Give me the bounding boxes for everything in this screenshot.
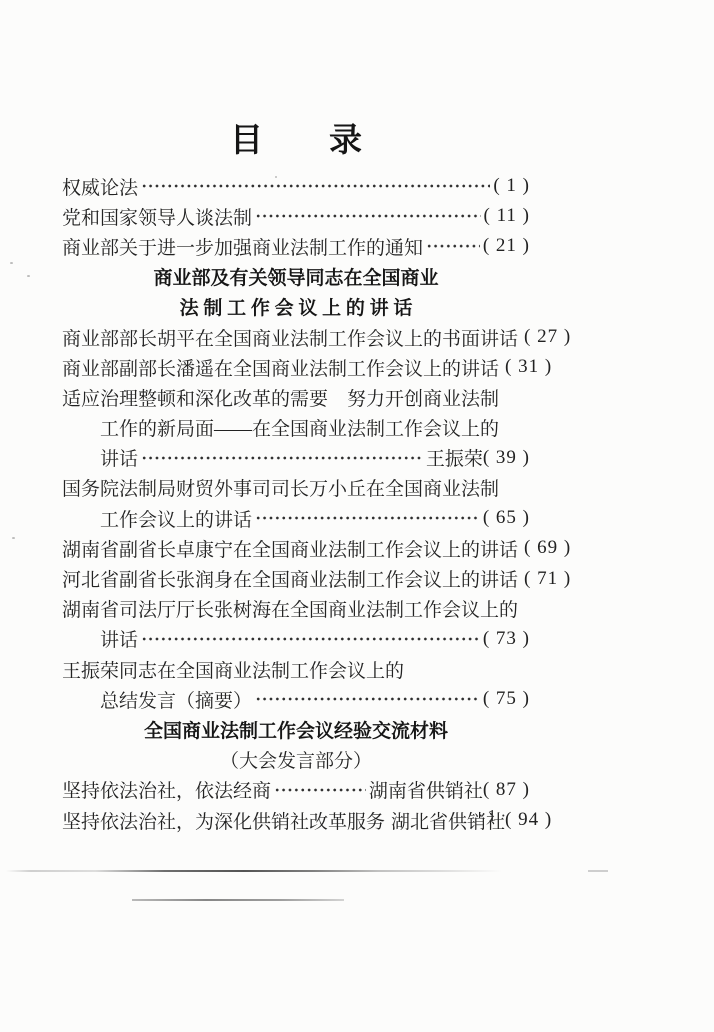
toc-section-heading: 全国商业法制工作会议经验交流材料 xyxy=(62,714,530,744)
toc-entry-title: 权威论法 xyxy=(62,173,138,200)
toc-entry-title: 商业部副部长潘遥在全国商业法制工作会议上的讲话 xyxy=(62,354,499,381)
toc-entry-page: ( 1 ) xyxy=(493,175,530,197)
toc-entry: 讲话 王振荣 ( 39 ) xyxy=(62,443,530,473)
scan-speck xyxy=(275,176,277,178)
toc-entry-author: 王振荣 xyxy=(426,444,483,471)
toc-entry-author: 湖南省供销社 xyxy=(369,776,483,803)
scan-artifact-line xyxy=(132,899,344,901)
scan-speck xyxy=(12,537,15,539)
toc-entry-title: 总结发言（摘要） xyxy=(62,686,252,713)
toc-entry-page: ( 75 ) xyxy=(483,688,530,710)
toc-entry-title: 王振荣同志在全国商业法制工作会议上的 xyxy=(62,656,404,683)
toc-entry-title: 湖南省司法厅厅长张树海在全国商业法制工作会议上的 xyxy=(62,595,518,622)
toc-entry-title: 讲话 xyxy=(62,625,138,652)
toc-entry-page: ( 73 ) xyxy=(483,628,530,650)
toc-entry-page: ( 27 ) xyxy=(524,326,571,348)
dot-leader xyxy=(274,775,366,805)
toc-entry-title: 商业部部长胡平在全国商业法制工作会议上的书面讲话 xyxy=(62,324,518,351)
table-of-contents: 权威论法 ( 1 ) 党和国家领导人谈法制 ( 11 ) 商业部关于进一步加强商… xyxy=(62,171,530,835)
toc-entry: 工作会议上的讲话 ( 65 ) xyxy=(62,503,530,533)
scan-speck xyxy=(27,275,30,277)
toc-entry-title: 适应治理整顿和深化改革的需要 努力开创商业法制 xyxy=(62,384,499,411)
scan-speck xyxy=(10,262,13,264)
toc-entry: 商业部部长胡平在全国商业法制工作会议上的书面讲话 ( 27 ) xyxy=(62,322,530,352)
toc-entry-page: ( 69 ) xyxy=(524,537,571,559)
toc-entry: 湖南省副省长卓康宁在全国商业法制工作会议上的讲话 ( 69 ) xyxy=(62,533,530,563)
dot-leader xyxy=(255,684,480,714)
toc-entry-title: 商业部关于进一步加强商业法制工作的通知 xyxy=(62,233,423,260)
toc-entry-title: 坚持依法治社，依法经商 xyxy=(62,776,271,803)
toc-entry-page: ( 21 ) xyxy=(483,235,530,257)
toc-entry: 河北省副省长张润身在全国商业法制工作会议上的讲话 ( 71 ) xyxy=(62,563,530,593)
toc-entry-title: 党和国家领导人谈法制 xyxy=(62,203,252,230)
toc-entry: 党和国家领导人谈法制 ( 11 ) xyxy=(62,201,530,231)
toc-entry-page: ( 31 ) xyxy=(505,356,552,378)
toc-entry-page: ( 87 ) xyxy=(483,779,530,801)
toc-section-subheading-text: （大会发言部分） xyxy=(220,746,372,773)
toc-entry-title: 湖南省副省长卓康宁在全国商业法制工作会议上的讲话 xyxy=(62,535,518,562)
toc-entry-title: 河北省副省长张润身在全国商业法制工作会议上的讲话 xyxy=(62,565,518,592)
toc-section-heading: 法 制 工 作 会 议 上 的 讲 话 xyxy=(62,292,530,322)
toc-entry-wrap-line: 王振荣同志在全国商业法制工作会议上的 xyxy=(62,654,530,684)
toc-entry-page: ( 39 ) xyxy=(483,447,530,469)
toc-entry: 坚持依法治社，依法经商 湖南省供销社 ( 87 ) xyxy=(62,775,530,805)
document-page: 目 录 权威论法 ( 1 ) 党和国家领导人谈法制 ( 11 ) 商业部关于进一… xyxy=(0,0,714,1032)
toc-section-heading-text: 法 制 工 作 会 议 上 的 讲 话 xyxy=(180,293,413,320)
toc-entry-page: ( 11 ) xyxy=(484,205,530,227)
toc-entry-title: 坚持依法治社，为深化供销社改革服务 xyxy=(62,807,385,834)
dot-leader xyxy=(141,171,490,201)
toc-section-heading-text: 商业部及有关领导同志在全国商业 xyxy=(153,263,438,290)
dot-leader xyxy=(255,503,480,533)
toc-entry: 商业部副部长潘遥在全国商业法制工作会议上的讲话 ( 31 ) xyxy=(62,352,530,382)
toc-entry-wrap-line: 湖南省司法厅厅长张树海在全国商业法制工作会议上的 xyxy=(62,594,530,624)
toc-entry-page: ( 65 ) xyxy=(483,507,530,529)
toc-entry: 权威论法 ( 1 ) xyxy=(62,171,530,201)
toc-entry-wrap-line: 适应治理整顿和深化改革的需要 努力开创商业法制 xyxy=(62,382,530,412)
toc-entry: 商业部关于进一步加强商业法制工作的通知 ( 21 ) xyxy=(62,231,530,261)
toc-entry-page: ( 71 ) xyxy=(524,568,571,590)
toc-section-heading-text: 全国商业法制工作会议经验交流材料 xyxy=(144,716,448,743)
toc-entry: 讲话 ( 73 ) xyxy=(62,624,530,654)
toc-entry-wrap-line: 工作的新局面——在全国商业法制工作会议上的 xyxy=(62,413,530,443)
toc-entry-title: 工作会议上的讲话 xyxy=(62,505,252,532)
toc-entry-title: 讲话 xyxy=(62,444,138,471)
page-number: · 1 · xyxy=(460,806,524,826)
toc-entry-wrap-line: 国务院法制局财贸外事司司长万小丘在全国商业法制 xyxy=(62,473,530,503)
toc-entry-title: 工作的新局面——在全国商业法制工作会议上的 xyxy=(62,414,499,441)
toc-entry-title: 国务院法制局财贸外事司司长万小丘在全国商业法制 xyxy=(62,474,499,501)
page-title: 目 录 xyxy=(62,114,530,161)
scan-artifact-line xyxy=(6,870,502,872)
toc-section-heading: 商业部及有关领导同志在全国商业 xyxy=(62,262,530,292)
dot-leader xyxy=(141,443,423,473)
dot-leader xyxy=(141,624,480,654)
toc-entry: 总结发言（摘要） ( 75 ) xyxy=(62,684,530,714)
dot-leader xyxy=(426,231,480,261)
scan-artifact-dash xyxy=(588,870,608,872)
dot-leader xyxy=(255,201,481,231)
toc-section-subheading: （大会发言部分） xyxy=(62,745,530,775)
